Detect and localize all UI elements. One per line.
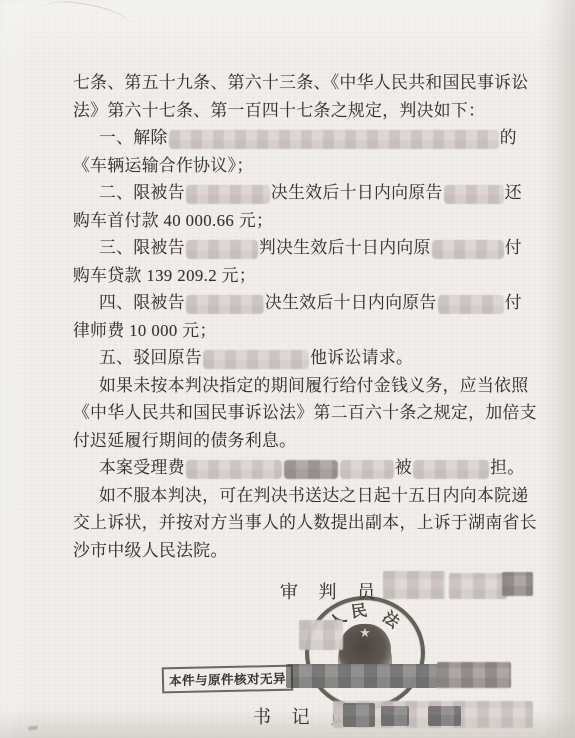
text-run: 如果未按本判决指定的期间履行给付金钱义务，应当依照 [99, 376, 529, 395]
judgment-line: 四、限被告决生效后十日内向原告付 [73, 289, 535, 317]
redaction-overlay [502, 572, 533, 596]
redaction-block [203, 350, 309, 369]
judgment-line: 如不服本判决，可在判决书送达之日起十五日内向本院递 [73, 482, 535, 510]
judgment-line: 七条、第五十九条、第六十三条、《中华人民共和国民事诉讼 [73, 69, 535, 97]
judgment-line: 三、限被告判决生效后十日内向原付 [73, 234, 535, 262]
judgment-line: 交上诉状，并按对方当事人的人数提出副本，上诉于湖南省长 [73, 509, 535, 537]
verification-stamp: 本件与原件核对无异 [162, 665, 294, 694]
text-run: 一、解除 [99, 128, 168, 147]
redaction-block [169, 130, 499, 149]
redaction-block [186, 460, 282, 479]
redaction-block [340, 460, 394, 479]
text-run: 《车辆运输合作协议》； [73, 156, 254, 175]
judgment-line: 付迟延履行期间的债务利息。 [73, 427, 535, 455]
text-run: 他诉讼请求。 [310, 348, 413, 367]
star-icon: ★ [359, 627, 371, 640]
judgment-line: 法》第六十七条、第一百四十七条之规定，判决如下： [73, 97, 535, 125]
text-run: 法》第六十七条、第一百四十七条之规定，判决如下： [73, 101, 485, 120]
text-run: 购车首付款 40 000.66 元； [73, 211, 273, 230]
redaction-block [186, 240, 258, 259]
text-run: 付 [505, 293, 522, 312]
redaction-block [444, 185, 504, 204]
judgment-body: 七条、第五十九条、第六十三条、《中华人民共和国民事诉讼法》第六十七条、第一百四十… [73, 69, 535, 564]
text-run: 交上诉状，并按对方当事人的人数提出副本，上诉于湖南省长 [73, 513, 537, 532]
redaction-block [186, 185, 270, 204]
redaction-block [413, 460, 489, 479]
judge-signature-row: 审 判 员 [280, 578, 377, 604]
judgment-line: 沙市中级人民法院。 [73, 537, 535, 565]
redaction-overlay [299, 620, 343, 650]
judgment-line: 五、驳回原告他诉讼请求。 [73, 344, 535, 372]
text-run: 如不服本判决，可在判决书送达之日起十五日内向本院递 [99, 486, 529, 505]
text-run: 四、限被告 [99, 293, 185, 312]
redaction-block [432, 240, 504, 259]
text-run: 五、驳回原告 [99, 348, 202, 367]
scan-artifact-dot [28, 725, 38, 730]
text-run: 决生效后十日内向原告 [271, 183, 443, 202]
text-run: 决生效后十日内向原告 [265, 293, 437, 312]
scanned-judgment-page: 七条、第五十九条、第六十三条、《中华人民共和国民事诉讼法》第六十七条、第一百四十… [0, 0, 575, 738]
redaction-overlay [286, 664, 438, 688]
judge-label: 审 判 员 [280, 582, 377, 602]
redaction-overlay [381, 706, 409, 726]
redaction-block [284, 460, 338, 479]
text-run: 购车贷款 139 209.2 元； [73, 266, 256, 285]
redaction-overlay [437, 662, 511, 688]
redaction-overlay [383, 571, 445, 599]
text-run: 本案受理费 [99, 458, 185, 477]
redaction-block [186, 295, 264, 314]
text-run: 被 [395, 458, 412, 477]
text-run: 沙市中级人民法院。 [73, 541, 228, 560]
text-run: 付 [505, 238, 522, 257]
court-seal: ★ 人民法 [305, 596, 425, 710]
redaction-overlay [343, 703, 375, 727]
text-run: 三、限被告 [99, 238, 185, 257]
judgment-line: 购车贷款 139 209.2 元； [73, 262, 535, 290]
judgment-line: 本案受理费被担。 [73, 454, 535, 482]
redaction-overlay [449, 573, 507, 599]
text-run: 《中华人民共和国民事诉讼法》第二百六十条之规定，加倍支 [73, 403, 537, 422]
judgment-line: 一、解除的 [73, 124, 535, 152]
redaction-block [438, 295, 504, 314]
text-run: 律师费 10 000 元； [73, 321, 217, 340]
redaction-overlay [428, 706, 461, 726]
text-run: 二、限被告 [99, 183, 185, 202]
judgment-line: 《车辆运输合作协议》； [73, 152, 535, 180]
scan-artifact-corner [43, 0, 132, 35]
text-run: 判决生效后十日内向原 [259, 238, 431, 257]
judgment-line: 二、限被告决生效后十日内向原告还 [73, 179, 535, 207]
text-run: 的 [500, 128, 517, 147]
judgment-line: 如果未按本判决指定的期间履行给付金钱义务，应当依照 [73, 372, 535, 400]
judgment-line: 《中华人民共和国民事诉讼法》第二百六十条之规定，加倍支 [73, 399, 535, 427]
text-run: 付迟延履行期间的债务利息。 [73, 431, 296, 450]
text-run: 还 [505, 183, 522, 202]
text-run: 七条、第五十九条、第六十三条、《中华人民共和国民事诉讼 [73, 73, 529, 92]
judgment-line: 律师费 10 000 元； [73, 317, 535, 345]
verification-stamp-text: 本件与原件核对无异 [169, 672, 286, 688]
seal-arc-char: 民 [348, 601, 371, 624]
judgment-line: 购车首付款 40 000.66 元； [73, 207, 535, 235]
text-run: 担。 [490, 458, 524, 477]
